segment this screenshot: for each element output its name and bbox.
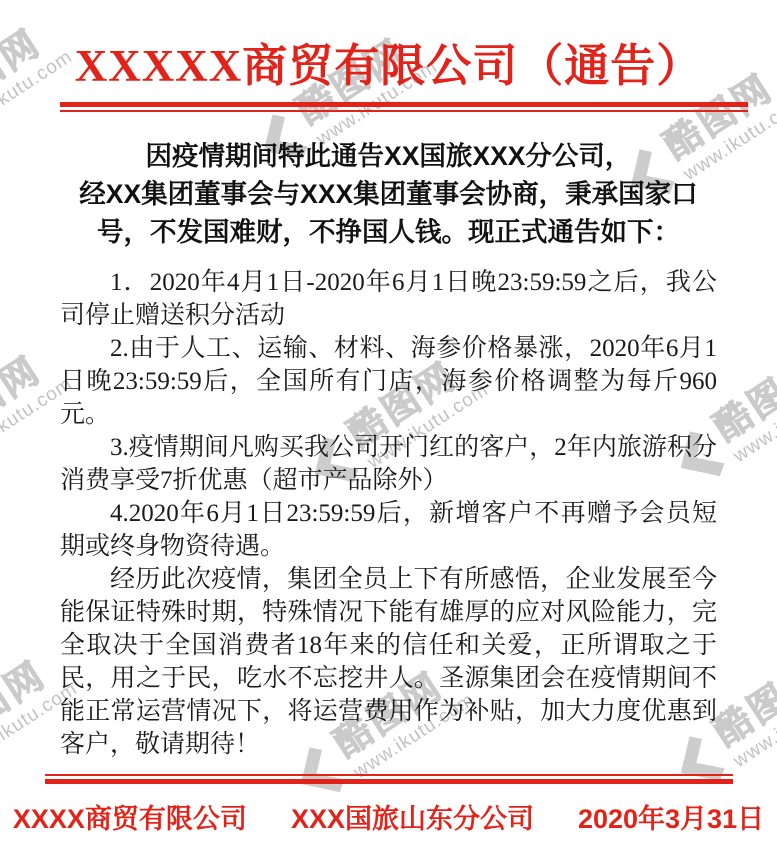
notice-item-3: 3.疫情期间凡购买我公司开门红的客户，2年内旅游积分消费享受7折优惠（超市产品除… — [60, 431, 717, 497]
intro-line: 经XX集团董事会与XXX集团董事会协商，秉承国家口 — [60, 175, 717, 213]
notice-document: 酷图网www.ikutu.com 酷图网www.ikutu.com 酷图网www… — [0, 0, 777, 761]
footer-date: 2020年3月31日 — [578, 797, 764, 836]
notice-content: XXXXX商贸有限公司（通告） 因疫情期间特此通告XX国旅XXX分公司， 经XX… — [0, 0, 777, 761]
header-rule — [60, 102, 748, 112]
footer-branch: XXX国旅山东分公司 — [291, 797, 534, 836]
intro-line: 因疫情期间特此通告XX国旅XXX分公司， — [60, 137, 717, 175]
intro-paragraph: 因疫情期间特此通告XX国旅XXX分公司， 经XX集团董事会与XXX集团董事会协商… — [60, 137, 717, 251]
closing-paragraph: 经历此次疫情，集团全员上下有所感悟，企业发展至今能保证特殊时期，特殊情况下能有雄… — [60, 563, 717, 761]
notice-body: 1．2020年4月1日-2020年6月1日晚23:59:59之后，我公司停止赠送… — [60, 266, 717, 761]
intro-line: 号，不发国难财，不挣国人钱。现正式通告如下： — [60, 213, 717, 251]
notice-item-2: 2.由于人工、运输、材料、海参价格暴涨，2020年6月1日晚23:59:59后，… — [60, 332, 717, 431]
header-rule-thin — [60, 110, 748, 112]
footer-text: XXXX商贸有限公司 XXX国旅山东分公司 2020年3月31日 — [0, 797, 777, 836]
footer-company: XXXX商贸有限公司 — [13, 797, 247, 836]
notice-item-1: 1．2020年4月1日-2020年6月1日晚23:59:59之后，我公司停止赠送… — [60, 266, 717, 332]
notice-footer: XXXX商贸有限公司 XXX国旅山东分公司 2020年3月31日 — [0, 774, 777, 836]
footer-rule-thick — [45, 779, 733, 784]
notice-item-4: 4.2020年6月1日23:59:59后，新增客户不再赠予会员短期或终身物资待遇… — [60, 497, 717, 563]
notice-title: XXXXX商贸有限公司（通告） — [60, 40, 717, 92]
footer-rule — [45, 774, 733, 784]
